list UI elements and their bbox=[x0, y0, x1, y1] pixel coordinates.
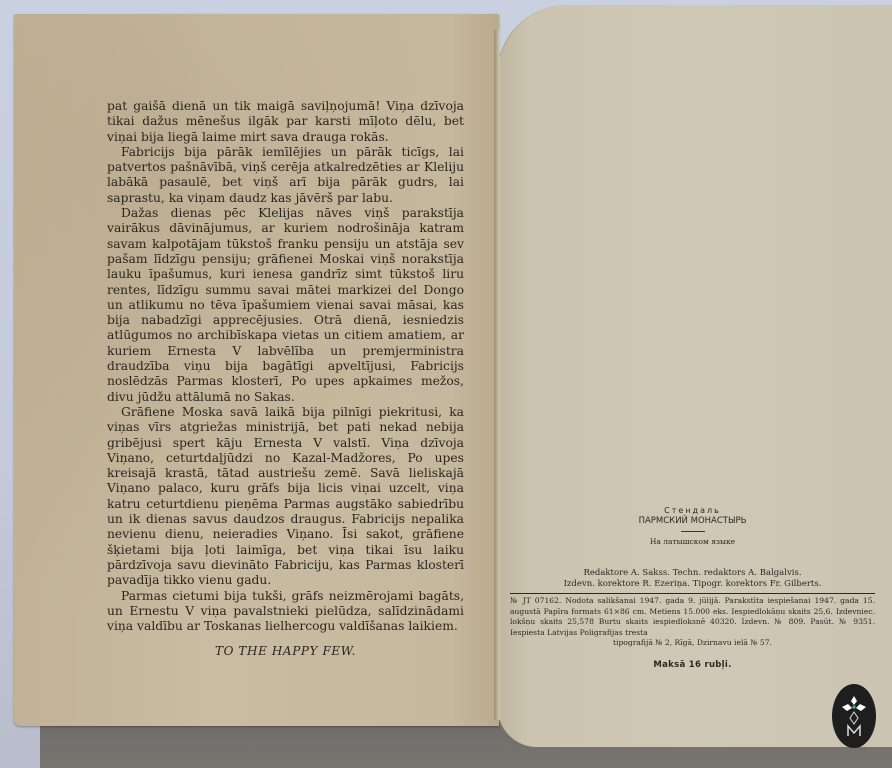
divider bbox=[681, 531, 705, 532]
paragraph: Dažas dienas pēc Klelijas nāves viņš par… bbox=[107, 206, 464, 405]
book-title: ПАРМСКИЙ МОНАСТЫРЬ bbox=[510, 516, 875, 526]
colophon: Стендаль ПАРМСКИЙ МОНАСТЫРЬ На латышском… bbox=[510, 506, 875, 670]
book-spine bbox=[494, 30, 500, 720]
price: Maksā 16 rubļi. bbox=[510, 660, 875, 670]
author-name: Стендаль bbox=[510, 506, 875, 515]
print-address: tipografijā № 2, Rīgā, Dzirnavu ielā № 5… bbox=[510, 638, 875, 649]
staff-line: Izdevn. korektore R. Ezeriņa. Tipogr. ko… bbox=[510, 579, 875, 590]
staff-line: Redaktore A. Sakss. Techn. redaktors A. … bbox=[510, 568, 875, 579]
watermark-logo bbox=[832, 684, 876, 748]
print-details: № JT 07162. Nodota salikšanai 1947. gada… bbox=[510, 596, 875, 649]
paragraph: Grāfiene Moska savā laikā bija pilnīgi p… bbox=[107, 405, 464, 589]
ending-dedication: TO THE HAPPY FEW. bbox=[107, 644, 464, 659]
print-details-text: № JT 07162. Nodota salikšanai 1947. gada… bbox=[510, 596, 875, 638]
paragraph: pat gaišā dienā un tik maigā saviļņojumā… bbox=[107, 99, 464, 145]
language-note: На латышском языке bbox=[510, 537, 875, 546]
flower-monogram-icon bbox=[839, 693, 869, 739]
left-page-text: pat gaišā dienā un tik maigā saviļņojumā… bbox=[107, 99, 464, 660]
paragraph: Parmas cietumi bija tukši, grāfs neizmēr… bbox=[107, 589, 464, 635]
paragraph: Fabricijs bija pārāk iemīlējies un pārāk… bbox=[107, 145, 464, 206]
divider bbox=[510, 593, 875, 594]
